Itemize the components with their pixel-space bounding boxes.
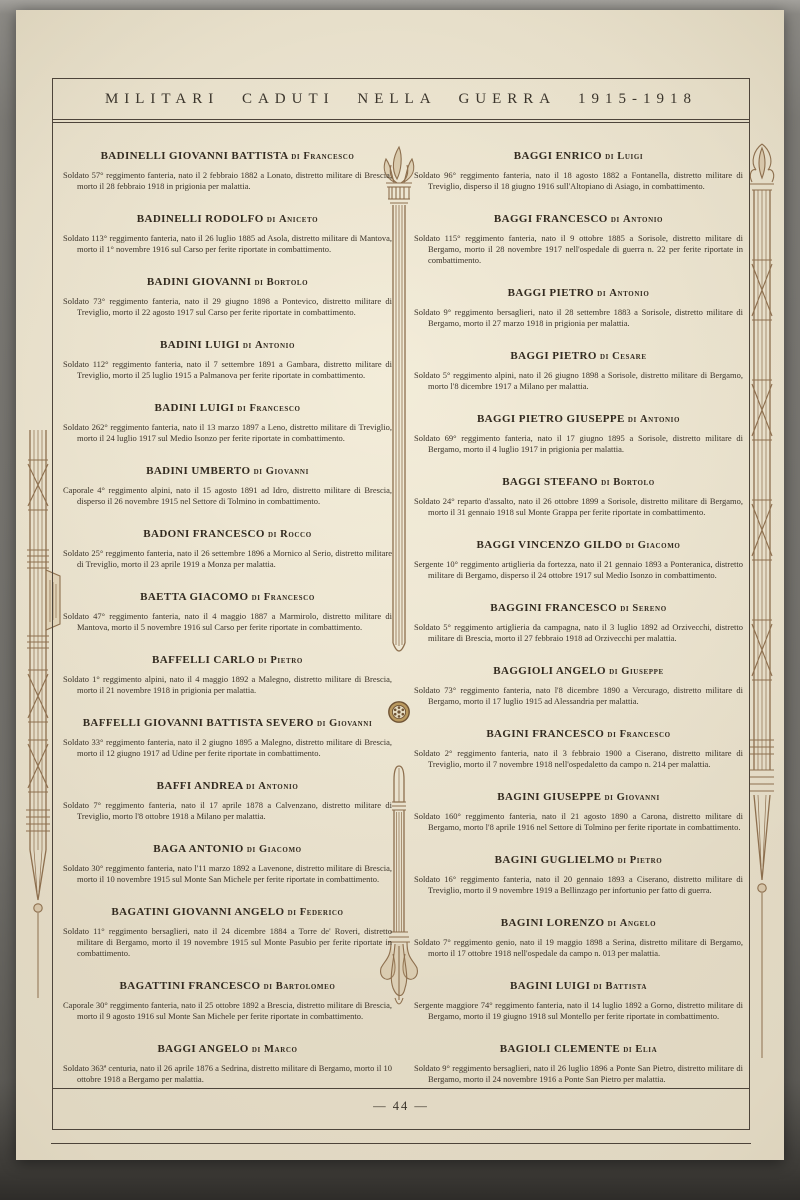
entry-name: BAGATINI GIOVANNI ANGELO — [111, 906, 284, 918]
entry-heading: BAGGI ENRICO di Luigi — [414, 150, 743, 162]
left-column: BADINELLI GIOVANNI BATTISTA di Francesco… — [63, 150, 392, 1088]
entry-father-name: Antonio — [255, 340, 295, 351]
entry-body: Soldato 5° reggimento artiglieria da cam… — [414, 622, 743, 644]
entry-di-label: di — [628, 414, 637, 425]
entry-name: BADINI LUIGI — [154, 402, 234, 414]
entry-name: BAGINI GIUSEPPE — [497, 791, 601, 803]
casualty-entry: BAFFELLI CARLO di Pietro Soldato 1° regg… — [63, 654, 392, 696]
entry-di-label: di — [252, 1044, 261, 1055]
casualty-entry: BADINI LUIGI di Antonio Soldato 112° reg… — [63, 339, 392, 381]
entry-name: BAGGI ENRICO — [514, 150, 602, 162]
entry-father-name: Francesco — [620, 729, 671, 740]
entry-di-label: di — [607, 729, 616, 740]
entry-body: Soldato 25° reggimento fanteria, nato il… — [63, 548, 392, 570]
entry-body: Soldato 9° reggimento bersaglieri, nato … — [414, 307, 743, 329]
entry-father-name: Federico — [300, 907, 344, 918]
entry-heading: BAGGI PIETRO di Antonio — [414, 287, 743, 299]
casualty-entry: BAGA ANTONIO di Giacomo Soldato 30° regg… — [63, 843, 392, 885]
entry-father-name: Cesare — [612, 351, 647, 362]
casualty-entry: BAGINI GUGLIELMO di Pietro Soldato 16° r… — [414, 854, 743, 896]
entry-body: Soldato 160° reggimento fanteria, nato i… — [414, 811, 743, 833]
casualty-entry: BAGINI LUIGI di Battista Sergente maggio… — [414, 980, 743, 1022]
entry-body: Soldato 7° reggimento fanteria, nato il … — [63, 800, 392, 822]
entry-di-label: di — [608, 918, 617, 929]
casualty-entry: BAGGI PIETRO di Cesare Soldato 5° reggim… — [414, 350, 743, 392]
entry-name: BAGGI PIETRO GIUSEPPE — [477, 413, 625, 425]
entry-di-label: di — [611, 214, 620, 225]
book-page: MILITARI CADUTI NELLA GUERRA 1915-1918 B… — [16, 10, 784, 1160]
entry-father-name: Aniceto — [279, 214, 318, 225]
entry-di-label: di — [623, 1044, 632, 1055]
entry-heading: BAFFELLI CARLO di Pietro — [63, 654, 392, 666]
entry-father-name: Giovanni — [329, 718, 372, 729]
casualty-entry: BAFFI ANDREA di Antonio Soldato 7° reggi… — [63, 780, 392, 822]
entry-name: BAGGI PIETRO — [508, 287, 594, 299]
entry-heading: BAGINI LORENZO di Angelo — [414, 917, 743, 929]
entry-name: BADINELLI RODOLFO — [137, 213, 264, 225]
entry-heading: BAGINI GUGLIELMO di Pietro — [414, 854, 743, 866]
entry-heading: BADINI GIOVANNI di Bortolo — [63, 276, 392, 288]
page-footer: — 44 — — [53, 1088, 749, 1123]
entry-body: Soldato 9° reggimento bersaglieri, nato … — [414, 1063, 743, 1085]
entry-heading: BAGGI FRANCESCO di Antonio — [414, 213, 743, 225]
entry-heading: BAGIOLI CLEMENTE di Elia — [414, 1043, 743, 1055]
entry-heading: BAGINI GIUSEPPE di Giovanni — [414, 791, 743, 803]
entry-name: BADINI GIOVANNI — [147, 276, 252, 288]
casualty-entry: BAGGI STEFANO di Bortolo Soldato 24° rep… — [414, 476, 743, 518]
entry-body: Caporale 30° reggimento fanteria, nato i… — [63, 1000, 392, 1022]
entry-body: Caporale 4° reggimento alpini, nato il 1… — [63, 485, 392, 507]
entry-father-name: Luigi — [617, 151, 643, 162]
entry-body: Soldato 96° reggimento fanteria, nato il… — [414, 170, 743, 192]
entry-body: Soldato 112° reggimento fanteria, nato i… — [63, 359, 392, 381]
entry-di-label: di — [254, 466, 263, 477]
entry-father-name: Marco — [264, 1044, 298, 1055]
page-border-frame: MILITARI CADUTI NELLA GUERRA 1915-1918 B… — [52, 78, 750, 1130]
entry-name: BAGGINI FRANCESCO — [490, 602, 617, 614]
entry-name: BAGINI LORENZO — [501, 917, 605, 929]
entry-name: BAFFELLI CARLO — [152, 654, 255, 666]
entry-heading: BAGINI LUIGI di Battista — [414, 980, 743, 992]
entry-heading: BAGGIOLI ANGELO di Giuseppe — [414, 665, 743, 677]
entry-father-name: Bortolo — [267, 277, 309, 288]
entry-heading: BADINI LUIGI di Francesco — [63, 402, 392, 414]
entry-name: BAGGI ANGELO — [157, 1043, 248, 1055]
entry-di-label: di — [267, 214, 276, 225]
entry-father-name: Giacomo — [259, 844, 302, 855]
entry-father-name: Giuseppe — [621, 666, 664, 677]
entry-body: Soldato 7° reggimento genio, nato il 19 … — [414, 937, 743, 959]
entry-body: Soldato 16° reggimento fanteria, nato il… — [414, 874, 743, 896]
entry-di-label: di — [243, 340, 252, 351]
entry-heading: BADINELLI GIOVANNI BATTISTA di Francesco — [63, 150, 392, 162]
entry-body: Soldato 5° reggimento alpini, nato il 26… — [414, 370, 743, 392]
entry-body: Soldato 73° reggimento fanteria, nato il… — [63, 296, 392, 318]
page-header: MILITARI CADUTI NELLA GUERRA 1915-1918 — [53, 79, 749, 120]
entry-father-name: Giovanni — [617, 792, 660, 803]
entry-di-label: di — [291, 151, 300, 162]
entry-di-label: di — [618, 855, 627, 866]
casualty-entry: BAGINI LORENZO di Angelo Soldato 7° regg… — [414, 917, 743, 959]
entry-father-name: Giacomo — [638, 540, 681, 551]
casualty-entry: BAGGI FRANCESCO di Antonio Soldato 115° … — [414, 213, 743, 266]
entry-di-label: di — [254, 277, 263, 288]
entry-heading: BAGGI PIETRO GIUSEPPE di Antonio — [414, 413, 743, 425]
entry-di-label: di — [258, 655, 267, 666]
casualty-entry: BAGATINI GIOVANNI ANGELO di Federico Sol… — [63, 906, 392, 959]
entry-body: Soldato 57° reggimento fanteria, nato il… — [63, 170, 392, 192]
casualty-entry: BAETTA GIACOMO di Francesco Soldato 47° … — [63, 591, 392, 633]
entry-heading: BAGATINI GIOVANNI ANGELO di Federico — [63, 906, 392, 918]
entry-father-name: Elia — [635, 1044, 657, 1055]
entry-body: Soldato 262° reggimento fanteria, nato i… — [63, 422, 392, 444]
entry-father-name: Pietro — [270, 655, 303, 666]
casualty-entry: BADINELLI RODOLFO di Aniceto Soldato 113… — [63, 213, 392, 255]
entry-father-name: Francesco — [264, 592, 315, 603]
entry-body: Soldato 24° reparto d'assalto, nato il 2… — [414, 496, 743, 518]
entry-name: BAGGI PIETRO — [510, 350, 596, 362]
entry-body: Soldato 11° reggimento bersaglieri, nato… — [63, 926, 392, 959]
entry-di-label: di — [252, 592, 261, 603]
casualty-entry: BAGGINI FRANCESCO di Sereno Soldato 5° r… — [414, 602, 743, 644]
entry-heading: BADINI UMBERTO di Giovanni — [63, 465, 392, 477]
entry-heading: BAGGI PIETRO di Cesare — [414, 350, 743, 362]
entry-heading: BAGGI ANGELO di Marco — [63, 1043, 392, 1055]
entry-body: Soldato 363ª centuria, nato il 26 aprile… — [63, 1063, 392, 1085]
entry-father-name: Antonio — [609, 288, 649, 299]
casualty-entry: BAGGI PIETRO GIUSEPPE di Antonio Soldato… — [414, 413, 743, 455]
entry-di-label: di — [626, 540, 635, 551]
entry-di-label: di — [601, 477, 610, 488]
entry-di-label: di — [246, 781, 255, 792]
entry-name: BAGINI FRANCESCO — [486, 728, 604, 740]
casualty-entry: BAGGI ANGELO di Marco Soldato 363ª centu… — [63, 1043, 392, 1085]
entry-body: Soldato 113° reggimento fanteria, nato i… — [63, 233, 392, 255]
entry-name: BAFFELLI GIOVANNI BATTISTA SEVERO — [83, 717, 314, 729]
entry-father-name: Giovanni — [266, 466, 309, 477]
casualty-entry: BAGIOLI CLEMENTE di Elia Soldato 9° regg… — [414, 1043, 743, 1085]
entry-name: BADINI LUIGI — [160, 339, 240, 351]
entry-name: BAETTA GIACOMO — [140, 591, 248, 603]
casualty-entry: BAGGI VINCENZO GILDO di Giacomo Sergente… — [414, 539, 743, 581]
entry-father-name: Antonio — [258, 781, 298, 792]
entry-di-label: di — [605, 151, 614, 162]
casualty-entry: BAFFELLI GIOVANNI BATTISTA SEVERO di Gio… — [63, 717, 392, 759]
entry-body: Soldato 30° reggimento fanteria, nato l'… — [63, 863, 392, 885]
entry-name: BAGGI VINCENZO GILDO — [477, 539, 623, 551]
entry-di-label: di — [268, 529, 277, 540]
entry-name: BADONI FRANCESCO — [143, 528, 265, 540]
entry-name: BAGGIOLI ANGELO — [493, 665, 606, 677]
entry-father-name: Bartolomeo — [276, 981, 336, 992]
entry-di-label: di — [609, 666, 618, 677]
entry-di-label: di — [620, 603, 629, 614]
entry-father-name: Pietro — [630, 855, 663, 866]
entry-heading: BAFFI ANDREA di Antonio — [63, 780, 392, 792]
entry-heading: BAGINI FRANCESCO di Francesco — [414, 728, 743, 740]
casualty-entry: BAGINI FRANCESCO di Francesco Soldato 2°… — [414, 728, 743, 770]
entry-name: BAGIOLI CLEMENTE — [500, 1043, 620, 1055]
entry-body: Soldato 115° reggimento fanteria, nato i… — [414, 233, 743, 266]
entry-father-name: Antonio — [623, 214, 663, 225]
casualty-entry: BADINI UMBERTO di Giovanni Caporale 4° r… — [63, 465, 392, 507]
entry-father-name: Angelo — [620, 918, 656, 929]
entry-heading: BAGGI STEFANO di Bortolo — [414, 476, 743, 488]
entry-name: BADINI UMBERTO — [146, 465, 250, 477]
entry-name: BAGINI LUIGI — [510, 980, 590, 992]
entry-heading: BAGA ANTONIO di Giacomo — [63, 843, 392, 855]
entry-name: BAGATTINI FRANCESCO — [120, 980, 261, 992]
entry-name: BAGA ANTONIO — [153, 843, 243, 855]
casualty-entry: BAGATTINI FRANCESCO di Bartolomeo Capora… — [63, 980, 392, 1022]
entry-heading: BAGATTINI FRANCESCO di Bartolomeo — [63, 980, 392, 992]
entry-name: BAGGI STEFANO — [502, 476, 598, 488]
entry-di-label: di — [237, 403, 246, 414]
entry-heading: BAGGI VINCENZO GILDO di Giacomo — [414, 539, 743, 551]
entry-father-name: Francesco — [249, 403, 300, 414]
entry-name: BAGGI FRANCESCO — [494, 213, 608, 225]
entry-father-name: Bortolo — [613, 477, 655, 488]
entries-area: BADINELLI GIOVANNI BATTISTA di Francesco… — [53, 120, 749, 1088]
right-column: BAGGI ENRICO di Luigi Soldato 96° reggim… — [414, 150, 743, 1088]
entry-body: Soldato 47° reggimento fanteria, nato il… — [63, 611, 392, 633]
casualty-entry: BAGGI ENRICO di Luigi Soldato 96° reggim… — [414, 150, 743, 192]
casualty-entry: BADINI LUIGI di Francesco Soldato 262° r… — [63, 402, 392, 444]
entry-name: BAFFI ANDREA — [157, 780, 243, 792]
entry-di-label: di — [288, 907, 297, 918]
entry-name: BAGINI GUGLIELMO — [495, 854, 615, 866]
casualty-entry: BADINI GIOVANNI di Bortolo Soldato 73° r… — [63, 276, 392, 318]
entry-heading: BADINI LUIGI di Antonio — [63, 339, 392, 351]
entry-heading: BAETTA GIACOMO di Francesco — [63, 591, 392, 603]
entry-body: Soldato 33° reggimento fanteria, nato il… — [63, 737, 392, 759]
entry-heading: BAGGINI FRANCESCO di Sereno — [414, 602, 743, 614]
entry-di-label: di — [264, 981, 273, 992]
entry-di-label: di — [247, 844, 256, 855]
entry-father-name: Francesco — [303, 151, 354, 162]
casualty-entry: BAGGI PIETRO di Antonio Soldato 9° reggi… — [414, 287, 743, 329]
scanned-page-photo: MILITARI CADUTI NELLA GUERRA 1915-1918 B… — [0, 0, 800, 1200]
entry-body: Soldato 2° reggimento fanteria, nato il … — [414, 748, 743, 770]
casualty-entry: BADONI FRANCESCO di Rocco Soldato 25° re… — [63, 528, 392, 570]
entry-di-label: di — [604, 792, 613, 803]
entry-father-name: Rocco — [280, 529, 312, 540]
casualty-entry: BAGINI GIUSEPPE di Giovanni Soldato 160°… — [414, 791, 743, 833]
entry-body: Sergente 10° reggimento artiglieria da f… — [414, 559, 743, 581]
entry-di-label: di — [600, 351, 609, 362]
entry-father-name: Battista — [606, 981, 648, 992]
entry-heading: BAFFELLI GIOVANNI BATTISTA SEVERO di Gio… — [63, 717, 392, 729]
casualty-entry: BADINELLI GIOVANNI BATTISTA di Francesco… — [63, 150, 392, 192]
entry-heading: BADONI FRANCESCO di Rocco — [63, 528, 392, 540]
casualty-entry: BAGGIOLI ANGELO di Giuseppe Soldato 73° … — [414, 665, 743, 707]
entry-di-label: di — [593, 981, 602, 992]
entry-heading: BADINELLI RODOLFO di Aniceto — [63, 213, 392, 225]
entry-body: Sergente maggiore 74° reggimento fanteri… — [414, 1000, 743, 1022]
entry-name: BADINELLI GIOVANNI BATTISTA — [101, 150, 288, 162]
page-title: MILITARI CADUTI NELLA GUERRA 1915-1918 — [105, 91, 697, 108]
entry-body: Soldato 73° reggimento fanteria, nato l'… — [414, 685, 743, 707]
entry-father-name: Sereno — [632, 603, 666, 614]
entry-father-name: Antonio — [640, 414, 680, 425]
page-number: — 44 — — [373, 1099, 429, 1114]
entry-di-label: di — [317, 718, 326, 729]
entry-body: Soldato 1° reggimento alpini, nato il 4 … — [63, 674, 392, 696]
entry-di-label: di — [597, 288, 606, 299]
entry-body: Soldato 69° reggimento fanteria, nato il… — [414, 433, 743, 455]
